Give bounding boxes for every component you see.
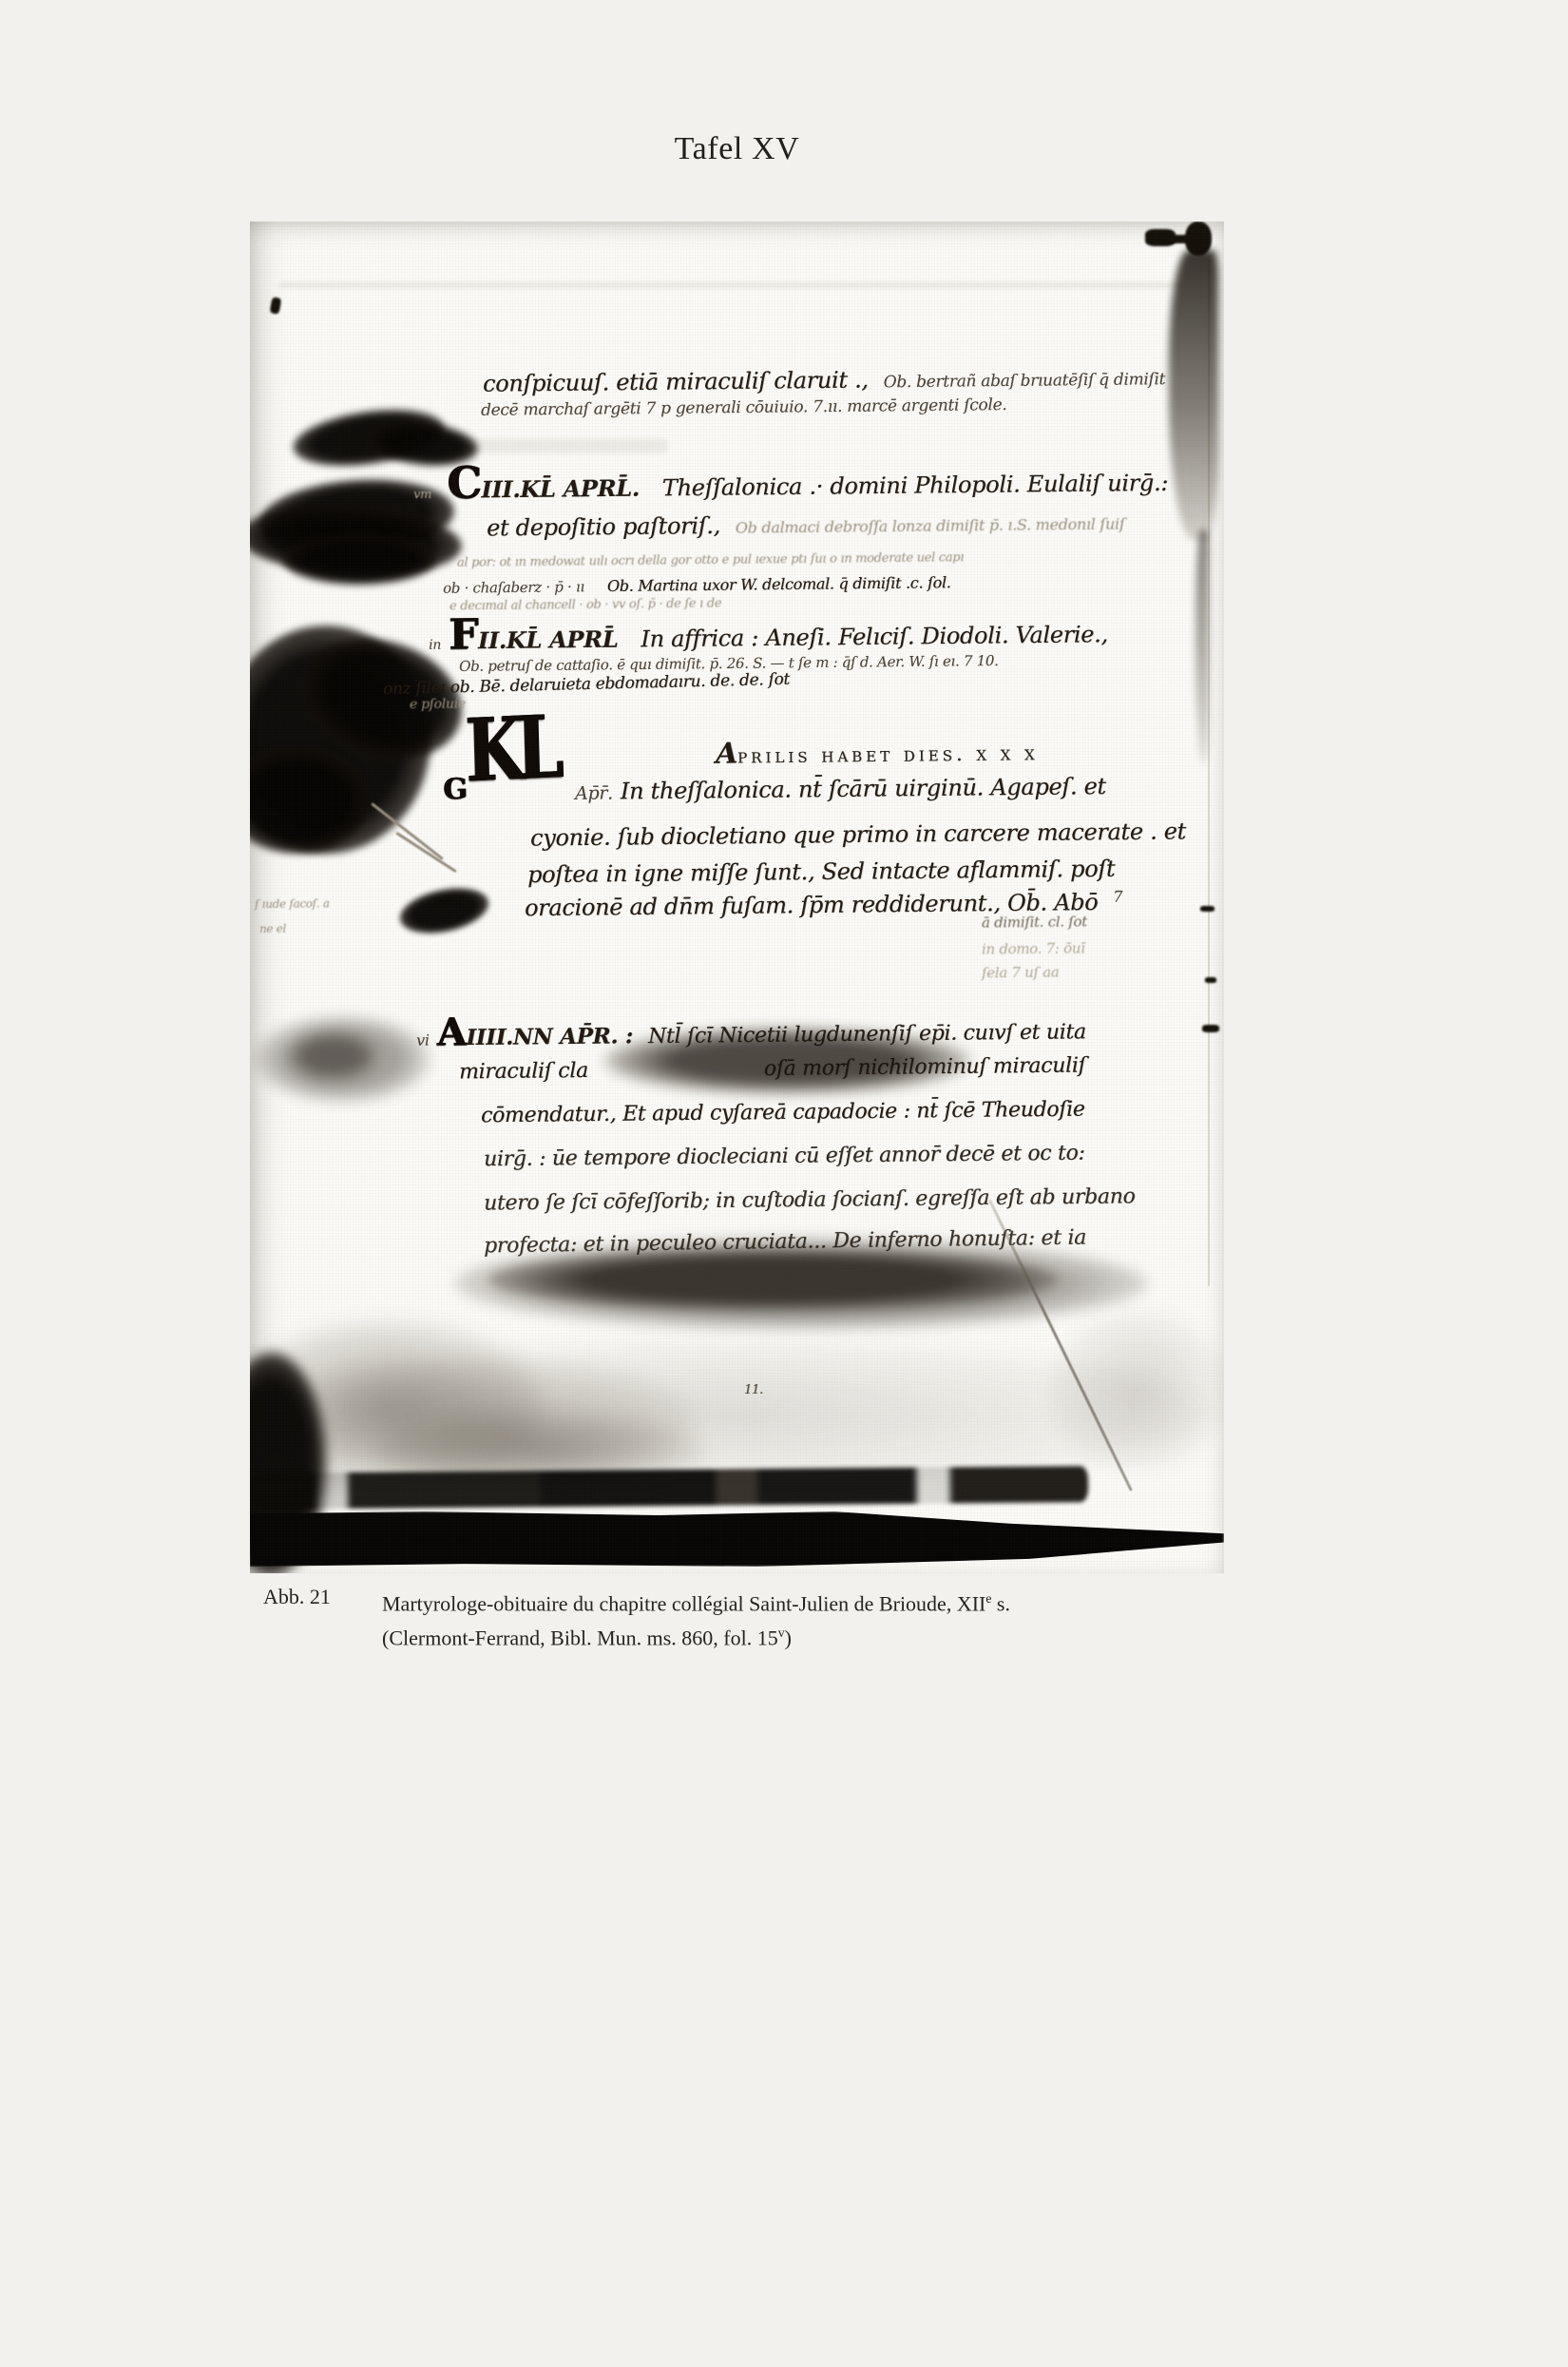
ms-aprilis-heading: A prilis habet dieſ. x x x — [716, 734, 1039, 771]
paper-stain — [1048, 1310, 1224, 1472]
ms-line-utero: utero ſe ſcī cōfeſſorib; in cuſtodia ſoc… — [484, 1184, 1136, 1215]
ms-line-cyonie: cyonie. ſub diocletiano que primo in car… — [530, 818, 1186, 851]
ink-blot-small — [395, 881, 492, 941]
edge-tick — [1200, 906, 1214, 912]
dominical-letter-g: G — [443, 778, 468, 802]
ms-line-faded-obit: al por: ot ın medowat uılı ocrı della go… — [457, 550, 964, 570]
initial-c: C — [447, 464, 482, 501]
caption-line-2: (Clermont-Ferrand, Bibl. Mun. ms. 860, f… — [382, 1618, 1010, 1652]
right-edge-smudge — [1169, 250, 1218, 540]
folio-mark: 11. — [744, 1383, 763, 1397]
initial-a-aprilis: A — [716, 738, 737, 771]
ms-entry-c-heading: vm C III.KL̄ APRL̄. Theſſalonica .· domi… — [413, 457, 1168, 504]
ms-line-postea: poſtea in igne miſſe ſunt., Sed intacte … — [527, 856, 1115, 888]
edge-tick — [1205, 977, 1216, 983]
initial-kl: KL — [465, 710, 557, 788]
ms-entry-g-heading: Ap̄r̄. In theſſalonica. nt̄ ſcārū uirgin… — [575, 773, 1106, 805]
ms-margin-note-right: ſela 7 uſ aa — [982, 964, 1060, 982]
edge-tick — [1202, 1025, 1219, 1032]
initial-a: A — [436, 1016, 466, 1049]
manuscript-photo: conſpicuuſ. etiā miraculiſ claruit ., Ob… — [250, 221, 1224, 1573]
ms-line-martina: ob · chaſaberz · p̄ · ıı Ob. Martina uxo… — [443, 573, 951, 597]
erased-smear-band — [488, 1248, 1058, 1311]
ink-speck — [270, 297, 282, 314]
ms-entry-f-heading: in F II.KL̄ APRL̄ In affrica : Aneſi. Fe… — [429, 610, 1108, 654]
ink-blot — [283, 535, 435, 585]
plate-title: Tafel XV — [250, 131, 1224, 167]
ms-line-conspicuus: conſpicuuſ. etiā miraculiſ claruit ., Ob… — [483, 363, 1165, 397]
caption-line-1: Martyrologe-obituaire du chapitre collég… — [382, 1584, 1010, 1618]
smudge-patch — [288, 1031, 378, 1081]
ink-smudge-over-text — [604, 1028, 970, 1094]
ms-line-decem-marchas: decē marchaſ argēti 7 p generali cōuiuio… — [481, 395, 1007, 420]
shadow-band — [252, 1466, 1088, 1510]
pencil-stroke — [395, 832, 457, 873]
ms-margin-note-right: in domo. 7: ōuī — [982, 939, 1085, 957]
initial-f: F — [449, 617, 478, 653]
ms-line-depositio: et depoſitio paſtoriſ., Ob dalmaci debro… — [487, 508, 1125, 541]
caption-superscript: v — [778, 1626, 785, 1640]
caption-text: Martyrologe-obituaire du chapitre collég… — [382, 1584, 1010, 1653]
black-edge-band — [250, 1511, 1224, 1567]
ms-line-comendatur: cōmendatur., Et apud cyſareā capadocie :… — [481, 1098, 1085, 1128]
ms-line-faded-obit: e decımal al chancell · ob · vv oſ. p̄ ·… — [449, 597, 721, 614]
scratch-line — [278, 282, 1181, 288]
right-edge-smudge — [1195, 530, 1209, 763]
ms-line-psoluie: e pſoluie — [410, 697, 466, 713]
corner-ink-mark — [1160, 235, 1200, 243]
ms-margin-note-right: ā dimiſit. cl. ſot — [982, 913, 1087, 931]
caption-label: Abb. 21 — [263, 1585, 331, 1609]
ms-margin-note-left: ne el — [259, 922, 286, 935]
ms-line-uirg: uirḡ. : ūe tempore diocleciani cū eſſet … — [484, 1142, 1085, 1172]
